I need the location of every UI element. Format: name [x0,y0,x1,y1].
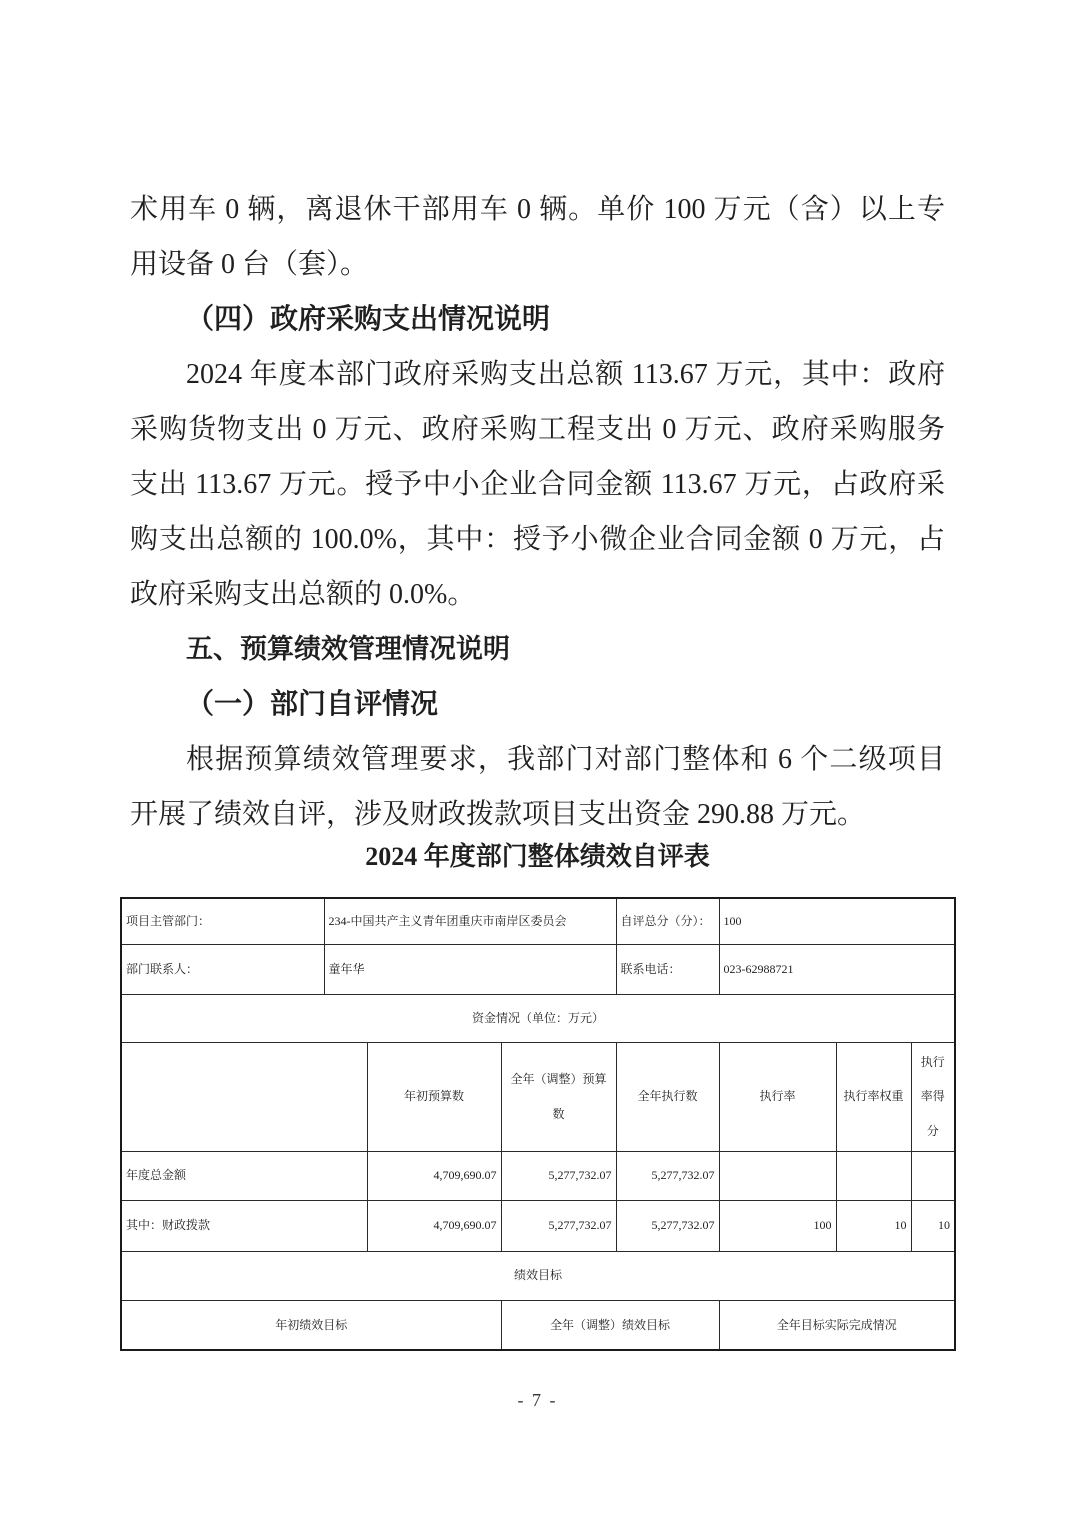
cell-adjusted-budget: 5,277,732.07 [501,1151,616,1200]
body-text-block: 术用车 0 辆，离退休干部用车 0 辆。单价 100 万元（含）以上专 用设备 … [130,182,945,842]
cell-header-exec-rate: 执行率 [719,1042,836,1151]
cell-exec-rate: 100 [719,1200,836,1251]
cell-initial-budget: 4,709,690.07 [367,1151,501,1200]
cell-rate-score [911,1151,955,1200]
cell-executed: 5,277,732.07 [616,1151,719,1200]
cell-rate-weight: 10 [836,1200,911,1251]
table-row: 项目主管部门： 234-中国共产主义青年团重庆市南岸区委员会 自评总分（分）： … [121,898,955,944]
cell-header-rate-weight: 执行率权重 [836,1042,911,1151]
document-page: 术用车 0 辆，离退休干部用车 0 辆。单价 100 万元（含）以上专 用设备 … [0,0,1075,1520]
cell-dept-value: 234-中国共产主义青年团重庆市南岸区委员会 [324,898,616,944]
table-section-row: 绩效目标 [121,1251,955,1300]
cell-header-executed: 全年执行数 [616,1042,719,1151]
body-line: 购支出总额的 100.0%，其中：授予小微企业合同金额 0 万元，占 [130,512,945,567]
body-line: 政府采购支出总额的 0.0%。 [130,567,945,622]
body-line: 术用车 0 辆，离退休干部用车 0 辆。单价 100 万元（含）以上专 [130,182,945,237]
cell-header-rate-score: 执行率得分 [911,1042,955,1151]
cell-adjusted-budget: 5,277,732.07 [501,1200,616,1251]
cell-header-goal-actual: 全年目标实际完成情况 [719,1300,955,1350]
cell-goals-section-title: 绩效目标 [121,1251,955,1300]
cell-initial-budget: 4,709,690.07 [367,1200,501,1251]
cell-contact-label: 部门联系人： [121,944,324,994]
cell-header-initial-budget: 年初预算数 [367,1042,501,1151]
body-line: 2024 年度本部门政府采购支出总额 113.67 万元，其中：政府 [130,347,945,402]
table-row: 年度总金额 4,709,690.07 5,277,732.07 5,277,73… [121,1151,955,1200]
table-title: 2024 年度部门整体绩效自评表 [0,840,1075,874]
cell-header-adjusted-budget: 全年（调整）预算数 [501,1042,616,1151]
body-line: 支出 113.67 万元。授予中小企业合同金额 113.67 万元，占政府采 [130,457,945,512]
body-line: 开展了绩效自评，涉及财政拨款项目支出资金 290.88 万元。 [130,787,945,842]
table-header-row: 年初预算数 全年（调整）预算数 全年执行数 执行率 执行率权重 执行率得分 [121,1042,955,1151]
table-section-row: 资金情况（单位：万元） [121,994,955,1042]
cell-empty-corner [121,1042,367,1151]
cell-score-label: 自评总分（分）： [616,898,719,944]
cell-phone-label: 联系电话： [616,944,719,994]
cell-header-adjusted-goal: 全年（调整）绩效目标 [501,1300,719,1350]
cell-exec-rate [719,1151,836,1200]
table-row: 部门联系人： 童年华 联系电话： 023-62988721 [121,944,955,994]
heading-level2-self-evaluation: （一）部门自评情况 [130,677,945,732]
cell-dept-label: 项目主管部门： [121,898,324,944]
body-line: 根据预算绩效管理要求，我部门对部门整体和 6 个二级项目 [130,732,945,787]
cell-contact-value: 童年华 [324,944,616,994]
table-row: 其中：财政拨款 4,709,690.07 5,277,732.07 5,277,… [121,1200,955,1251]
cell-score-value: 100 [719,898,955,944]
body-line: 采购货物支出 0 万元、政府采购工程支出 0 万元、政府采购服务 [130,402,945,457]
cell-phone-value: 023-62988721 [719,944,955,994]
cell-header-initial-goal: 年初绩效目标 [121,1300,501,1350]
page-number: - 7 - [0,1390,1075,1411]
heading-level1-performance: 五、预算绩效管理情况说明 [130,622,945,677]
heading-level2-procurement: （四）政府采购支出情况说明 [130,292,945,347]
cell-funds-section-title: 资金情况（单位：万元） [121,994,955,1042]
table-header-row: 年初绩效目标 全年（调整）绩效目标 全年目标实际完成情况 [121,1300,955,1350]
cell-rate-weight [836,1151,911,1200]
cell-executed: 5,277,732.07 [616,1200,719,1251]
self-evaluation-table: 项目主管部门： 234-中国共产主义青年团重庆市南岸区委员会 自评总分（分）： … [120,897,956,1351]
cell-rate-score: 10 [911,1200,955,1251]
cell-row-label: 其中：财政拨款 [121,1200,367,1251]
body-line: 用设备 0 台（套）。 [130,237,945,292]
cell-row-label: 年度总金额 [121,1151,367,1200]
